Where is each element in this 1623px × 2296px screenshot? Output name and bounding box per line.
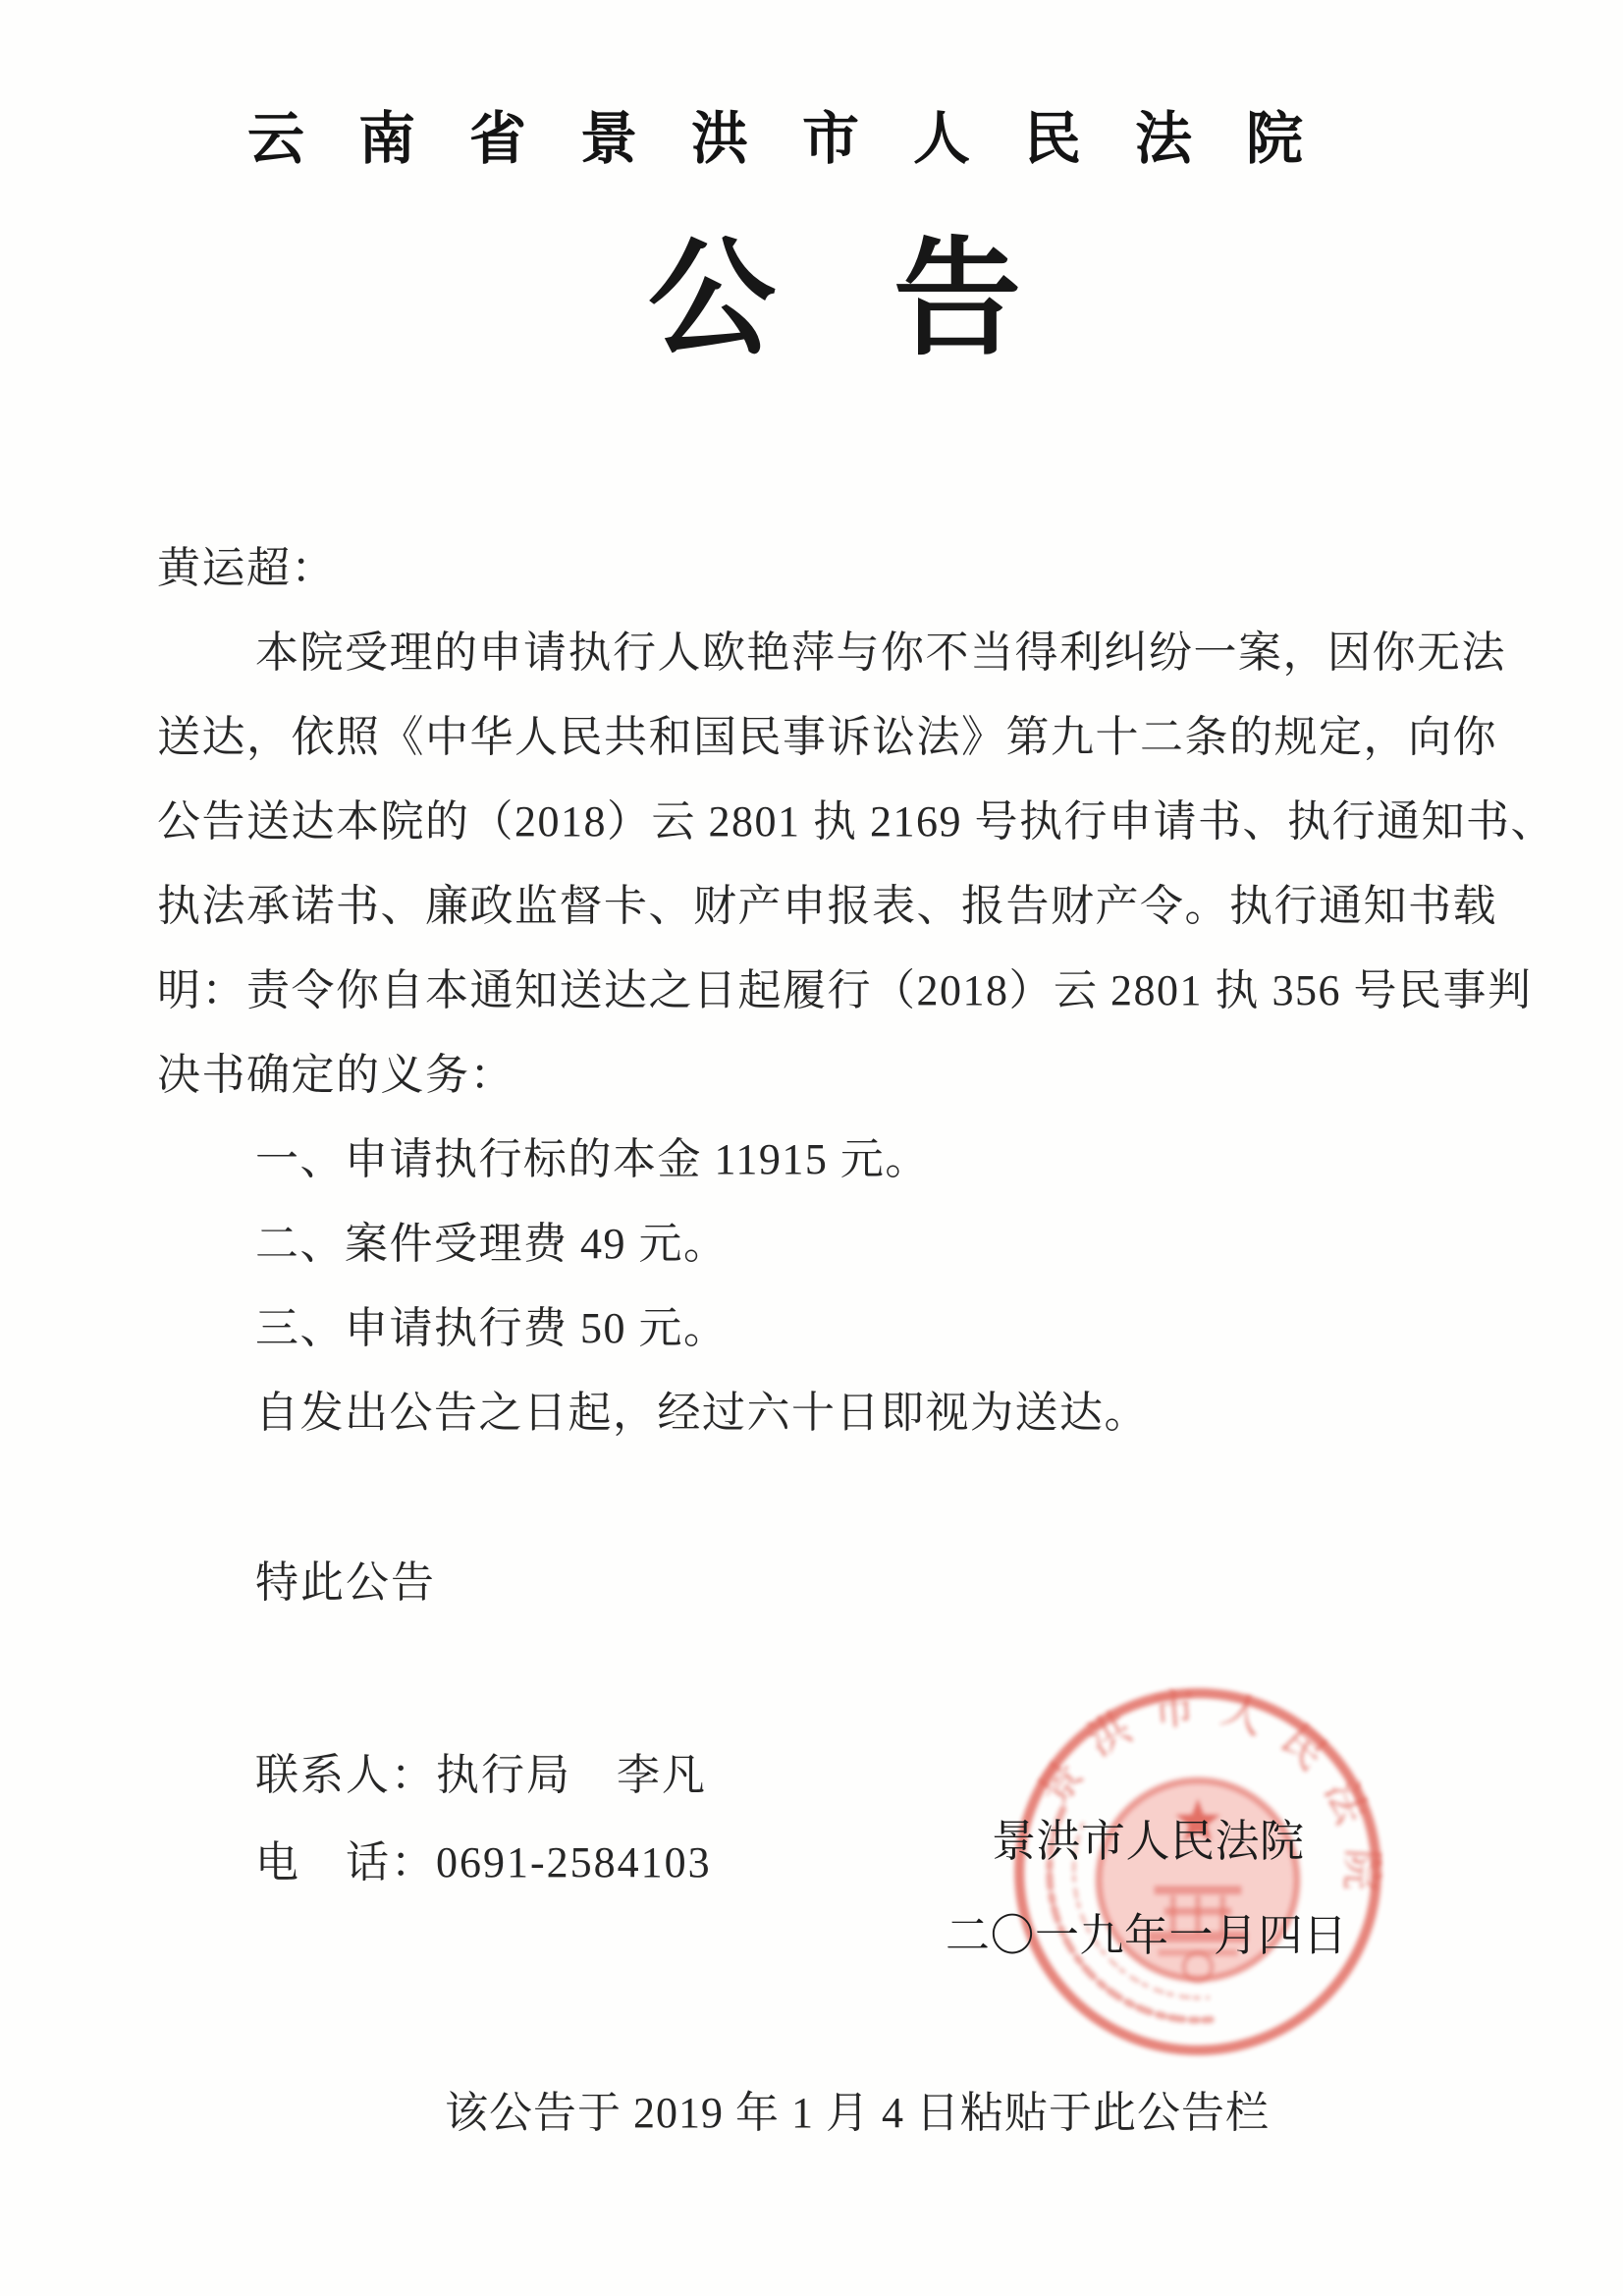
- decree-line: 特此公告: [255, 1558, 436, 1610]
- court-seal-stamp: 景洪市人民法院: [1000, 1673, 1396, 2070]
- body-line: 执法承诺书、廉政监督卡、财产申报表、报告财产令。执行通知书载: [157, 864, 1555, 949]
- signature-date: 二〇一九年一月四日: [946, 1909, 1348, 1962]
- doc-title: 公告: [648, 234, 1139, 368]
- announcement-body: 黄运超： 本院受理的申请执行人欧艳萍与你不当得利纠纷一案，因你无法 送达，依照《…: [157, 526, 1555, 1455]
- court-announcement-page: 云南省景洪市人民法院 公告 黄运超： 本院受理的申请执行人欧艳萍与你不当得利纠纷…: [0, 0, 1623, 2296]
- body-line: 送达，依照《中华人民共和国民事诉讼法》第九十二条的规定，向你: [157, 695, 1555, 780]
- body-line: 本院受理的申请执行人欧艳萍与你不当得利纠纷一案，因你无法: [157, 611, 1555, 695]
- body-line: 明：责令你自本通知送达之日起履行（2018）云 2801 执 356 号民事判: [157, 949, 1555, 1033]
- contact-phone-line: 电 话：0691-2584103: [255, 1837, 712, 1889]
- contact-person-line: 联系人：执行局 李凡: [255, 1750, 707, 1802]
- obligation-item-2: 二、案件受理费 49 元。: [157, 1202, 1555, 1286]
- closing-line: 自发出公告之日起，经过六十日即视为送达。: [157, 1371, 1555, 1455]
- body-line: 决书确定的义务：: [157, 1033, 1555, 1118]
- court-title: 云南省景洪市人民法院: [247, 106, 1357, 172]
- recipient-name: 黄运超：: [157, 526, 1555, 611]
- body-line: 公告送达本院的（2018）云 2801 执 2169 号执行申请书、执行通知书、: [157, 780, 1555, 864]
- obligation-item-1: 一、申请执行标的本金 11915 元。: [157, 1118, 1555, 1202]
- obligation-item-3: 三、申请执行费 50 元。: [157, 1286, 1555, 1371]
- posting-note: 该公告于 2019 年 1 月 4 日粘贴于此公告栏: [445, 2088, 1270, 2140]
- signature-court-name: 景洪市人民法院: [992, 1815, 1305, 1868]
